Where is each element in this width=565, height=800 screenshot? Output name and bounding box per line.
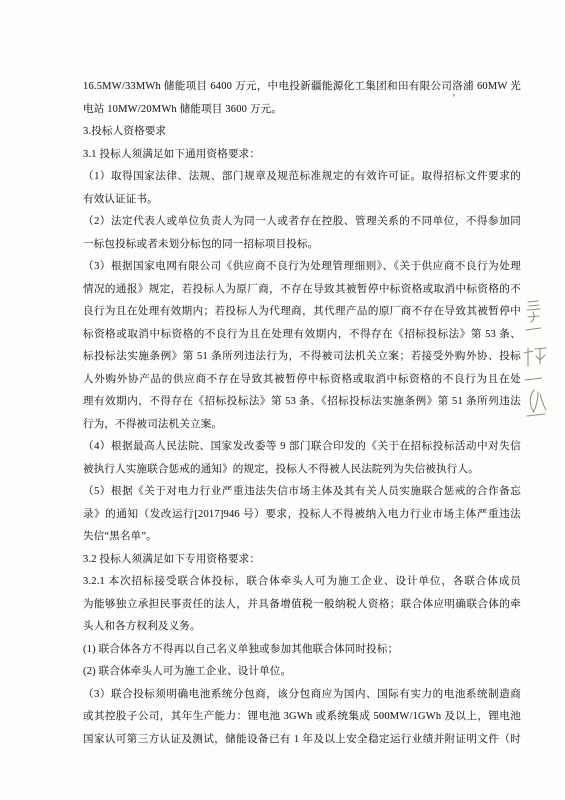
- document-line: 失信“黑名单”。: [83, 526, 521, 549]
- document-line: 标投标法实施条例》第 51 条所列违法行为，不得被司法机关立案；若接受外购外协、…: [83, 346, 521, 369]
- document-line: 3.2.1 本次招标接受联合体投标，联合体牵头人可为施工企业、设计单位，各联合体…: [83, 571, 521, 594]
- document-line: （2）法定代表人或单位负责人为同一人或者存在控股、管理关系的不同单位，不得参加同: [83, 211, 521, 234]
- document-line: 人外购外协产品的供应商不存在导致其被暂停中标资格或取消中标资格的不良行为且在处: [83, 369, 521, 392]
- document-line: 录》的通知（发改运行[2017]946 号）要求，投标人不得被纳入电力行业市场主…: [83, 504, 521, 527]
- document-line: (1) 联合体各方不得再以自己名义单独或参加其他联合体同时投标；: [83, 639, 521, 662]
- document-line: （3）根据国家电网有限公司《供应商不良行为处理管理细则》、《关于供应商不良行为处…: [83, 256, 521, 279]
- document-line: 行为，不得被司法机关立案。: [83, 414, 521, 437]
- document-line: 标资格或取消中标资格的不良行为且在处理有效期内，不得存在《招标投标法》第 53 …: [83, 324, 521, 347]
- document-line: （4）根据最高人民法院、国家发改委等 9 部门联合印发的《关于在招标投标活动中对…: [83, 436, 521, 459]
- document-line: 情况的通报》规定，若投标人为原厂商，不存在导致其被暂停中标资格或取消中标资格的不: [83, 279, 521, 302]
- document-line: （1）取得国家法律、法规、部门规章及规范标准规定的有效许可证。取得招标文件要求的: [83, 166, 521, 189]
- document-line: 3.1 投标人须满足如下通用资格要求：: [83, 144, 521, 167]
- document-line: 理有效期内，不得存在《招标投标法》第 53 条、《招标投标法实施条例》第 51 …: [83, 391, 521, 414]
- document-line: 一标包投标或者未划分标包的同一招标项目投标。: [83, 234, 521, 257]
- document-line: 3.投标人资格要求: [83, 121, 521, 144]
- document-line: （5）根据《关于对电力行业严重违法失信市场主体及其有关人员实施联合惩戒的合作备忘: [83, 481, 521, 504]
- document-line: 为能够独立承担民事责任的法人，并具备增值税一般纳税人资格；联合体应明确联合体的牵: [83, 594, 521, 617]
- document-line: 头人和各方权利及义务。: [83, 616, 521, 639]
- document-line: 有效认证证书。: [83, 189, 521, 212]
- document-line: 或其控股子公司，其年生产能力：锂电池 3GWh 或系统集成 500MW/1GWh…: [83, 706, 521, 729]
- document-line: 3.2 投标人须满足如下专用资格要求：: [83, 549, 521, 572]
- document-line: (2) 联合体牵头人可为施工企业、设计单位。: [83, 661, 521, 684]
- scanned-page: 16.5MW/33MWh 储能项目 6400 万元，中电投新疆能源化工集团和田有…: [0, 0, 565, 800]
- document-line: 良行为且在处理有效期内；若投标人为代理商，其代理产品的原厂商不存在导致其被暂停中: [83, 301, 521, 324]
- document-line: 国家认可第三方认证及测试，储能设备已有 1 年及以上安全稳定运行业绩并附证明文件…: [83, 729, 521, 752]
- document-line: （3）联合投标须明确电池系统分包商，该分包商应为国内、国际有实力的电池系统制造商: [83, 684, 521, 707]
- document-body: 16.5MW/33MWh 储能项目 6400 万元，中电投新疆能源化工集团和田有…: [83, 76, 521, 751]
- document-line: 被执行人实施联合惩戒的通知》的规定，投标人不得被人民法院列为失信被执行人。: [83, 459, 521, 482]
- handwritten-margin-note-icon: [514, 296, 554, 428]
- stray-mark: ’: [452, 92, 456, 104]
